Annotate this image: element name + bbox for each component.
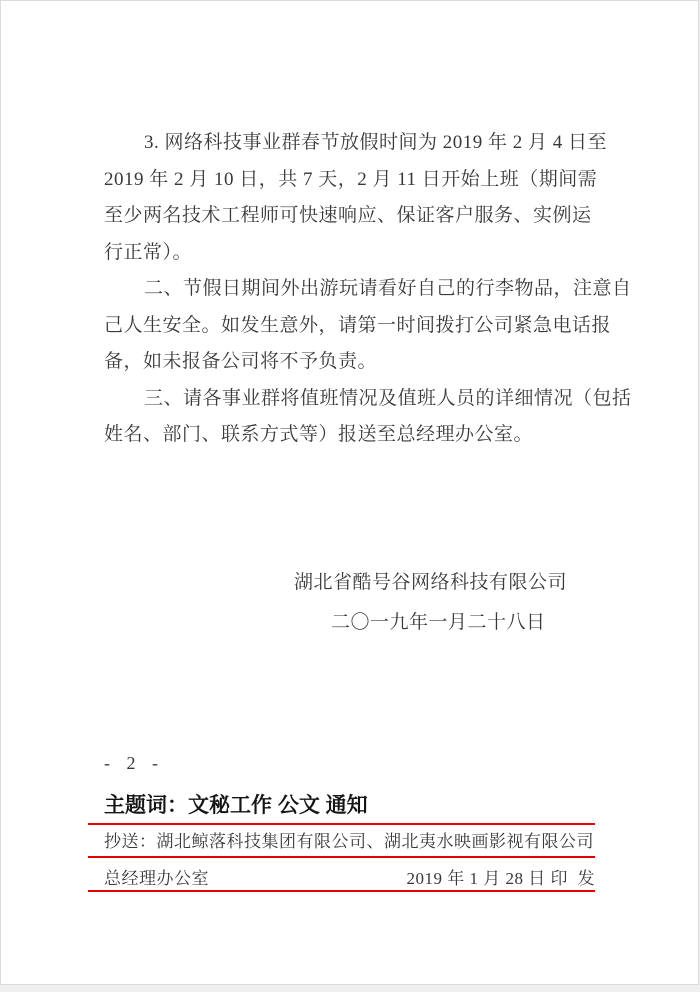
body-line-6: 己人生安全。如发生意外，请第一时间拨打公司紧急电话报 (104, 308, 604, 345)
body-line-9: 姓名、部门、联系方式等）报送至总经理办公室。 (104, 417, 604, 454)
print-date: 2019 年 1 月 28 日 印 发 (407, 864, 596, 889)
notice-body: 3. 网络科技事业群春节放假时间为 2019 年 2 月 4 日至 2019 年… (104, 125, 604, 454)
signature-company: 湖北省酷号谷网络科技有限公司 (294, 567, 567, 594)
document-page: 3. 网络科技事业群春节放假时间为 2019 年 2 月 4 日至 2019 年… (0, 0, 699, 985)
signature-date: 二〇一九年一月二十八日 (331, 607, 546, 634)
body-line-7: 备，如未报备公司将不予负责。 (104, 344, 604, 381)
body-line-3: 至少两名技术工程师可快速响应、保证客户服务、实例运 (104, 198, 604, 235)
subject-keywords-row: 主题词：文秘工作 公文 通知 (88, 783, 595, 825)
page-canvas: { "theme": { "canvas_bg": "#efefef", "pa… (0, 0, 700, 992)
issuer-office: 总经理办公室 (104, 864, 209, 889)
body-line-5: 二、节假日期间外出游玩请看好自己的行李物品，注意自 (104, 271, 604, 308)
body-line-1: 3. 网络科技事业群春节放假时间为 2019 年 2 月 4 日至 (104, 125, 604, 162)
body-line-8: 三、请各事业群将值班情况及值班人员的详细情况（包括 (104, 381, 604, 418)
body-line-4: 行正常）。 (104, 235, 604, 272)
body-line-2: 2019 年 2 月 10 日，共 7 天，2 月 11 日开始上班（期间需 (104, 162, 604, 199)
copy-to-row: 抄送：湖北鲸落科技集团有限公司、湖北夷水映画影视有限公司 (88, 822, 595, 858)
issuer-row: 总经理办公室 2019 年 1 月 28 日 印 发 (88, 859, 595, 892)
page-number: - 2 - (104, 753, 164, 774)
